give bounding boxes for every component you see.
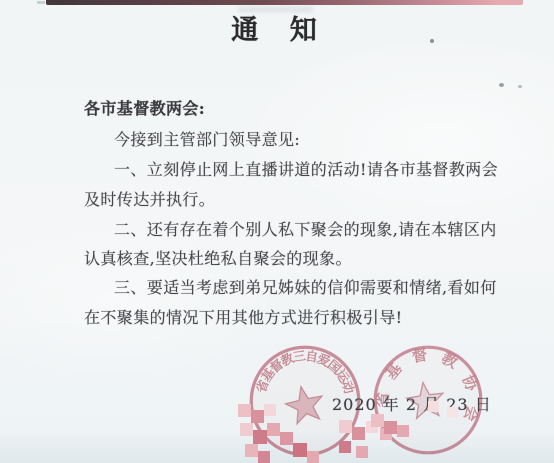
redaction-mosaic-block xyxy=(253,430,267,444)
body-line: 认真核查,坚决杜绝私自聚会的现象。 xyxy=(84,246,352,269)
scan-smudge xyxy=(238,7,313,12)
redaction-mosaic-block xyxy=(384,421,397,434)
redaction-mosaic-block xyxy=(447,407,458,418)
redaction-mosaic-block xyxy=(352,427,365,440)
redaction-mosaic-block xyxy=(371,414,384,427)
redaction-mosaic-block xyxy=(251,410,264,423)
body-line: 在不聚集的情况下用其他方式进行积极引导! xyxy=(84,305,402,328)
redaction-mosaic-block xyxy=(267,423,280,436)
redaction-mosaic-block xyxy=(280,432,293,445)
redaction-mosaic-block xyxy=(428,401,439,412)
scanned-notice-document: 通 知 各市基督教两会: 今接到主管部门领导意见: 一、立刻停止网上直播讲道的活… xyxy=(0,0,554,463)
body-line: 今接到主管部门领导意见: xyxy=(114,127,300,150)
body-line: 三、要适当考虑到弟兄姊妹的信仰需要和情绪,看如何 xyxy=(114,275,497,298)
redaction-mosaic-block xyxy=(307,451,319,463)
redaction-mosaic-block xyxy=(339,420,352,433)
salutation-line: 各市基督教两会: xyxy=(84,96,205,119)
redaction-mosaic-block xyxy=(264,404,276,416)
redaction-mosaic-block xyxy=(293,443,307,457)
page-title: 通 知 xyxy=(0,8,554,47)
redaction-mosaic-block xyxy=(240,423,253,436)
scan-speck xyxy=(430,39,434,43)
redaction-mosaic-block xyxy=(258,451,270,463)
scan-edge-bar xyxy=(46,0,523,5)
redaction-mosaic-block xyxy=(356,446,368,458)
scan-speck xyxy=(518,85,522,88)
redaction-mosaic-block xyxy=(397,425,409,437)
body-line: 及时传达并执行。 xyxy=(84,187,215,210)
body-line: 一、立刻停止网上直播讲道的活动!请各市基督教两会 xyxy=(114,157,498,180)
scan-artifact xyxy=(37,1,45,4)
scan-speck xyxy=(499,83,504,87)
body-line: 二、还有存在着个别人私下聚会的现象,请在本辖区内 xyxy=(114,217,497,240)
redaction-mosaic-block xyxy=(339,441,351,453)
redaction-mosaic-block xyxy=(238,404,251,417)
redaction-mosaic-block xyxy=(245,444,258,457)
document-date: 2020 年 2 月 23 日 xyxy=(332,392,492,415)
